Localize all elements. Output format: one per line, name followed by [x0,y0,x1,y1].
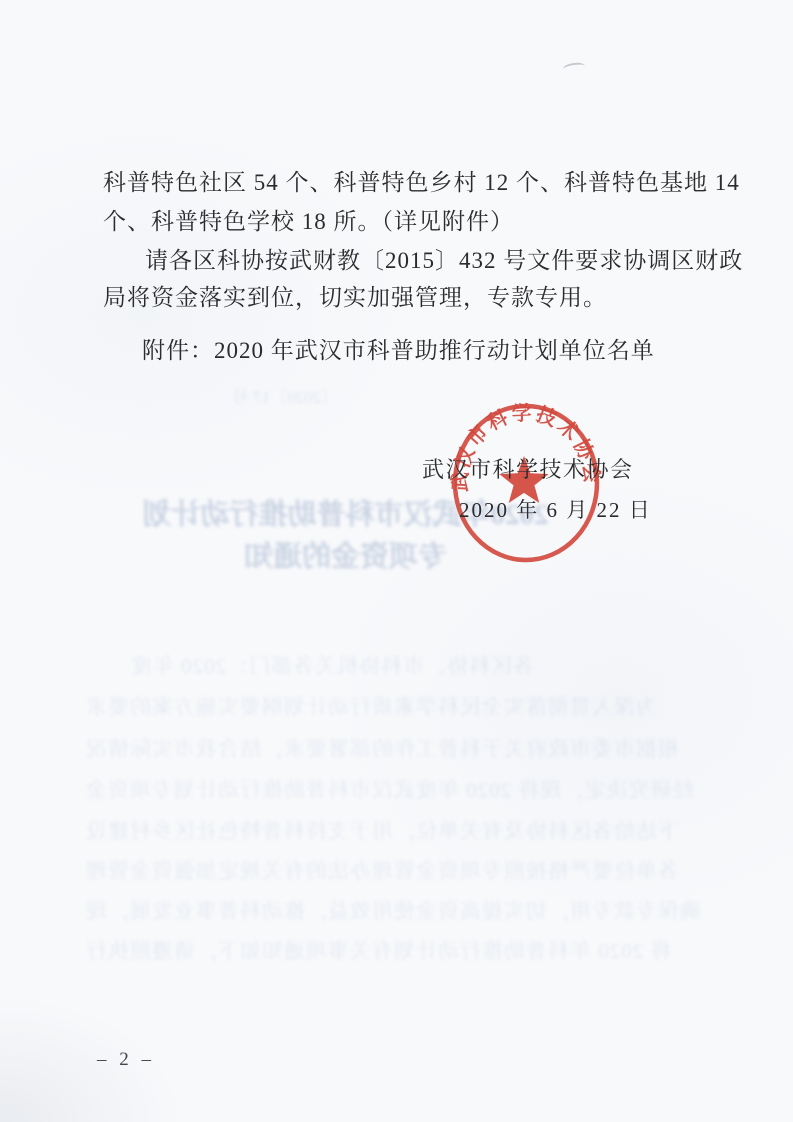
body-text-line: 局将资金落实到位，切实加强管理，专款专用。 [103,279,607,312]
page-number: – 2 – [97,1049,155,1071]
signature-date: 2020 年 6 月 22 日 [459,494,652,524]
bleed-through-doc-number: 〔2020〕17 号 [232,383,338,408]
bleed-through-body-line: 各区科协、市科协机关各部门：2020 年度 [130,650,534,680]
bleed-through-body-line: 下达给各区科协及有关单位，用于支持科普特色社区乡村建设 [85,815,679,845]
scanned-document-page: 〔2020〕17 号 2020年武汉市科普助推行动计划 专项资金的通知 各区科协… [0,0,793,1122]
bleed-through-body-line: 为深入贯彻落实全民科学素质行动计划纲要实施方案的要求 [85,691,657,721]
body-text-line: 个、科普特色学校 18 所。（详见附件） [103,203,514,236]
bleed-through-body-line: 根据市委市政府关于科普工作的部署要求，结合我市实际情况 [85,733,679,763]
bleed-through-body-line: 各单位要严格按照专项资金管理办法的有关规定加强资金管理 [85,855,679,885]
bleed-through-body-line: 将 2020 年科普助推行动计划有关事项通知如下，请遵照执行 [85,935,672,965]
attachment-line: 附件：2020 年武汉市科普助推行动计划单位名单 [142,332,655,365]
body-text-line: 科普特色社区 54 个、科普特色乡村 12 个、科普特色基地 14 [103,164,740,197]
signature-organization: 武汉市科学技术协会 [422,453,634,484]
bleed-through-body-line: 经研究决定，现将 2020 年度武汉市科普助推行动计划专项资金 [85,774,694,804]
body-text-line: 请各区科协按武财教〔2015〕432 号文件要求协调区财政 [145,242,743,275]
scan-smudge-mark [562,62,585,74]
bleed-through-body-line: 确保专款专用，切实提高资金使用效益，推动科普事业发展，现 [85,895,701,925]
